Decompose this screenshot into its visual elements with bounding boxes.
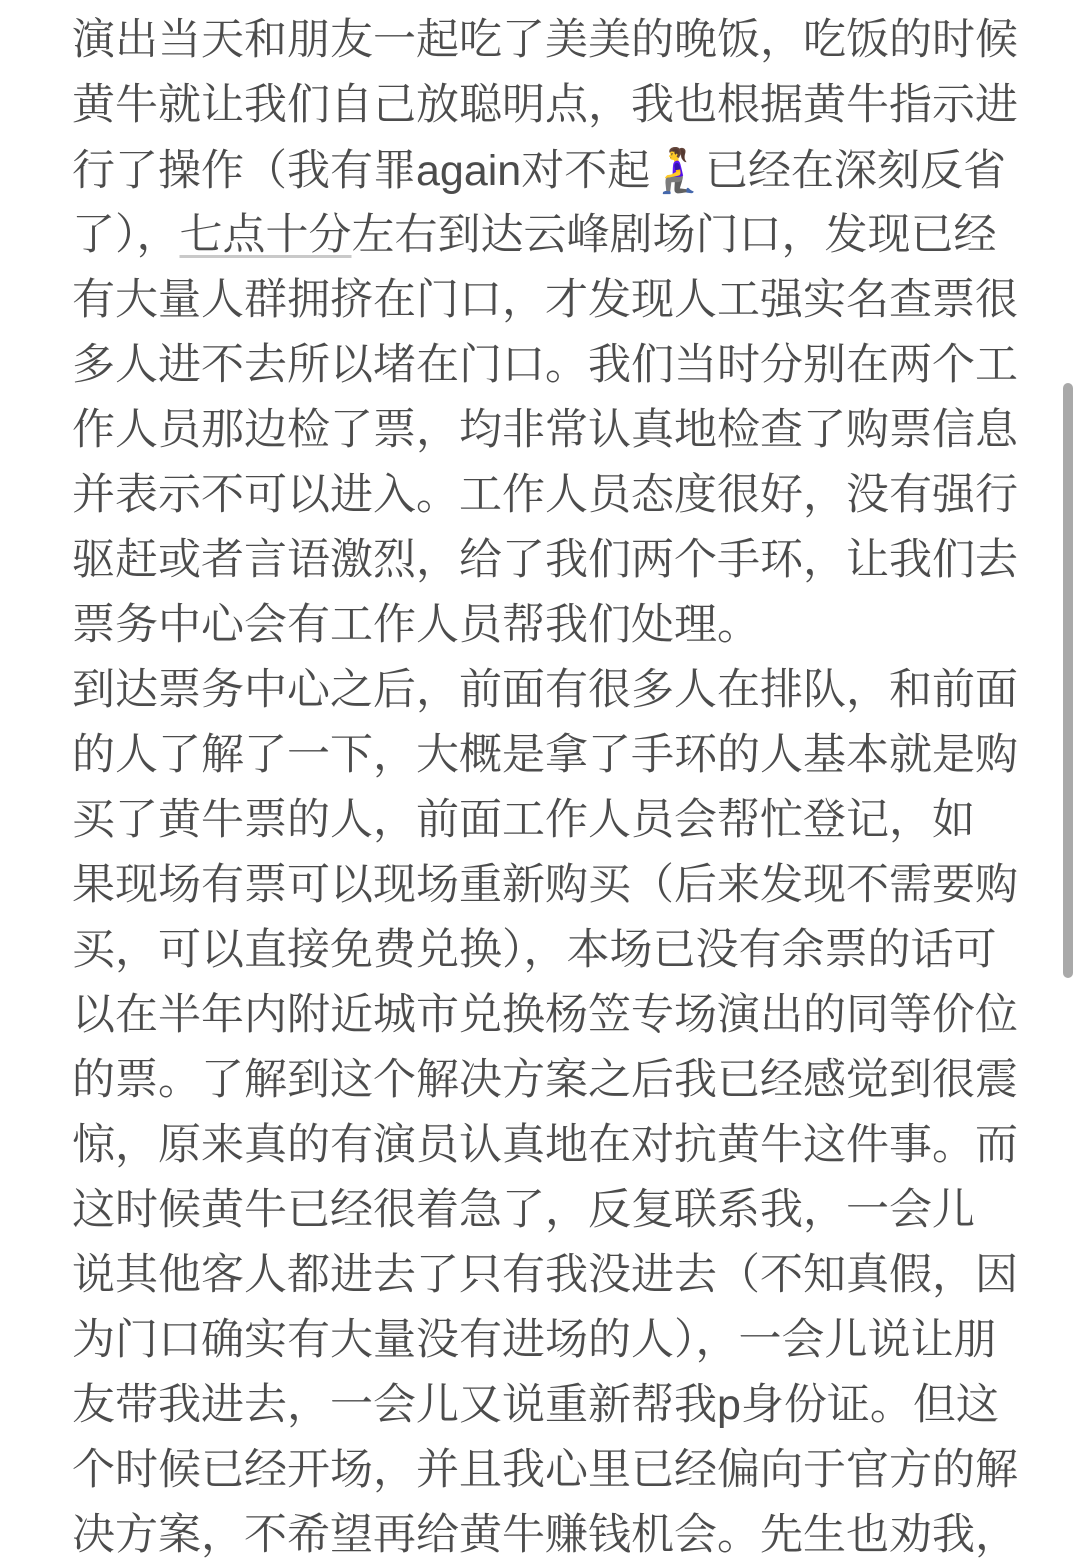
text-line: 行了操作（我有罪again对不起🧎‍♀️已经在深刻反省 xyxy=(72,138,1022,203)
text-line: 了），七点十分左右到达云峰剧场门口，发现已经 xyxy=(72,203,1022,268)
text-segment: 左右到达云峰剧场门口，发现已经 xyxy=(352,211,997,259)
text-segment: 了）， xyxy=(72,211,180,259)
text-line: 为门口确实有大量没有进场的人），一会儿说让朋 xyxy=(72,1308,1022,1373)
text-line: 买了黄牛票的人，前面工作人员会帮忙登记，如 xyxy=(72,788,1022,853)
post-text-page: 演出当天和朋友一起吃了美美的晚饭，吃饭的时候 黄牛就让我们自己放聪明点，我也根据… xyxy=(0,0,1080,1560)
text-line: 演出当天和朋友一起吃了美美的晚饭，吃饭的时候 xyxy=(72,8,1022,73)
text-line: 的人了解了一下，大概是拿了手环的人基本就是购 xyxy=(72,723,1022,788)
text-line: 决方案，不希望再给黄牛赚钱机会。先生也劝我， xyxy=(72,1503,1022,1560)
text-line: 友带我进去，一会儿又说重新帮我p身份证。但这 xyxy=(72,1373,1022,1438)
text-line: 果现场有票可以现场重新购买（后来发现不需要购 xyxy=(72,853,1022,918)
scrollbar-thumb[interactable] xyxy=(1063,383,1073,978)
text-line: 买，可以直接免费兑换），本场已没有余票的话可 xyxy=(72,918,1022,983)
post-body-text: 演出当天和朋友一起吃了美美的晚饭，吃饭的时候 黄牛就让我们自己放聪明点，我也根据… xyxy=(72,8,1022,1560)
text-line: 黄牛就让我们自己放聪明点，我也根据黄牛指示进 xyxy=(72,73,1022,138)
text-line: 作人员那边检了票，均非常认真地检查了购票信息 xyxy=(72,398,1022,463)
text-line: 到达票务中心之后，前面有很多人在排队，和前面 xyxy=(72,658,1022,723)
text-line: 个时候已经开场，并且我心里已经偏向于官方的解 xyxy=(72,1438,1022,1503)
text-line: 这时候黄牛已经很着急了，反复联系我，一会儿 xyxy=(72,1178,1022,1243)
text-line: 说其他客人都进去了只有我没进去（不知真假，因 xyxy=(72,1243,1022,1308)
text-line: 以在半年内附近城市兑换杨笠专场演出的同等价位 xyxy=(72,983,1022,1048)
person-kneeling-emoji: 🧎‍♀️ xyxy=(650,146,705,195)
text-segment: 行了操作（我有罪again对不起 xyxy=(72,147,650,195)
text-line: 的票。了解到这个解决方案之后我已经感觉到很震 xyxy=(72,1048,1022,1113)
text-line: 并表示不可以进入。工作人员态度很好，没有强行 xyxy=(72,463,1022,528)
text-line: 驱赶或者言语激烈，给了我们两个手环，让我们去 xyxy=(72,528,1022,593)
text-line: 票务中心会有工作人员帮我们处理。 xyxy=(72,593,1022,658)
text-segment: 已经在深刻反省 xyxy=(705,147,1006,195)
underlined-text: 七点十分 xyxy=(180,211,352,259)
text-line: 惊，原来真的有演员认真地在对抗黄牛这件事。而 xyxy=(72,1113,1022,1178)
text-line: 多人进不去所以堵在门口。我们当时分别在两个工 xyxy=(72,333,1022,398)
text-line: 有大量人群拥挤在门口，才发现人工强实名查票很 xyxy=(72,268,1022,333)
